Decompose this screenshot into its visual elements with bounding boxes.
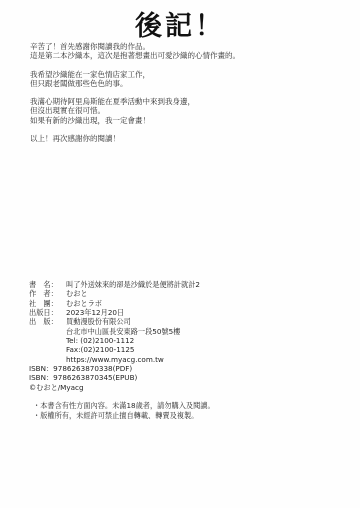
copyright-line: ©むおと/Myacg xyxy=(29,383,350,392)
publisher-address: 台北市中山區長安東路一段50號5樓 xyxy=(29,327,350,336)
copyright-warning: ・版權所有，未經許可禁止擅自轉載、轉賣及複製。 xyxy=(33,411,348,421)
colophon-block: 書 名： 叫了外送妹來的卻是沙織於是便將計就計2 作 者： むおと 社 團： む… xyxy=(29,280,350,392)
circle-name: むおとラボ xyxy=(66,299,102,308)
afterword-page: 後記！ 辛苦了！首先感謝你閱讀我的作品。 這是第二本沙織本，這次是抱著想畫出可愛… xyxy=(0,0,360,508)
afterword-line: 我希望沙織能在一家色情店家工作， xyxy=(30,70,342,79)
afterword-paragraph: 我滿心期待阿里烏斯能在夏季活動中來到我身邊， 但沒出現實在很可惜。 如果有新的沙… xyxy=(30,97,342,125)
afterword-closing-line: 以上！再次感謝你的閱讀！ xyxy=(30,134,342,143)
isbn-epub: ISBN：9786263870345(EPUB) xyxy=(29,373,350,382)
author-name: むおと xyxy=(66,289,88,298)
publisher-tel: Tel: (02)2100-1112 xyxy=(29,336,350,345)
publisher-url: https://www.myacg.com.tw xyxy=(29,355,350,364)
colophon-row-publisher: 出 版： 買動漫股份有限公司 xyxy=(29,317,350,326)
afterword-line: 辛苦了！首先感謝你閱讀我的作品。 xyxy=(30,42,342,51)
colophon-label: 出 版： xyxy=(29,317,66,326)
afterword-line: 如果有新的沙織出現，我一定會畫！ xyxy=(30,116,342,125)
afterword-paragraph: 我希望沙織能在一家色情店家工作， 但只跟老闆做那些色色的事。 xyxy=(30,70,342,89)
colophon-row-publish-date: 出版日： 2023年12月20日 xyxy=(29,308,350,317)
colophon-row-book-title: 書 名： 叫了外送妹來的卻是沙織於是便將計就計2 xyxy=(29,280,350,289)
colophon-row-author: 作 者： むおと xyxy=(29,289,350,298)
footer-notes: ・本書含有性方面內容。未滿18歲者，請勿購入及閱讀。 ・版權所有，未經許可禁止擅… xyxy=(33,401,348,420)
colophon-label: 作 者： xyxy=(29,289,66,298)
publisher-name: 買動漫股份有限公司 xyxy=(66,317,131,326)
colophon-row-circle: 社 團： むおとラボ xyxy=(29,299,350,308)
colophon-label: 出版日： xyxy=(29,308,66,317)
afterword-line: 這是第二本沙織本，這次是抱著想畫出可愛沙織的心情作畫的。 xyxy=(30,51,342,60)
publisher-fax: Fax:(02)2100-1125 xyxy=(29,345,350,354)
isbn-pdf: ISBN：9786263870338(PDF) xyxy=(29,364,350,373)
colophon-label: 社 團： xyxy=(29,299,66,308)
afterword-line: 但只跟老闆做那些色色的事。 xyxy=(30,79,342,88)
afterword-paragraph: 辛苦了！首先感謝你閱讀我的作品。 這是第二本沙織本，這次是抱著想畫出可愛沙織的心… xyxy=(30,42,342,61)
publish-date: 2023年12月20日 xyxy=(66,308,124,317)
book-title: 叫了外送妹來的卻是沙織於是便將計就計2 xyxy=(66,280,200,289)
afterword-paragraph: 以上！再次感謝你的閱讀！ xyxy=(30,134,342,143)
colophon-label: 書 名： xyxy=(29,280,66,289)
page-title: 後記！ xyxy=(0,4,360,43)
adult-content-warning: ・本書含有性方面內容。未滿18歲者，請勿購入及閱讀。 xyxy=(33,401,348,411)
afterword-line: 但沒出現實在很可惜。 xyxy=(30,106,342,115)
afterword-body: 辛苦了！首先感謝你閱讀我的作品。 這是第二本沙織本，這次是抱著想畫出可愛沙織的心… xyxy=(30,42,342,152)
